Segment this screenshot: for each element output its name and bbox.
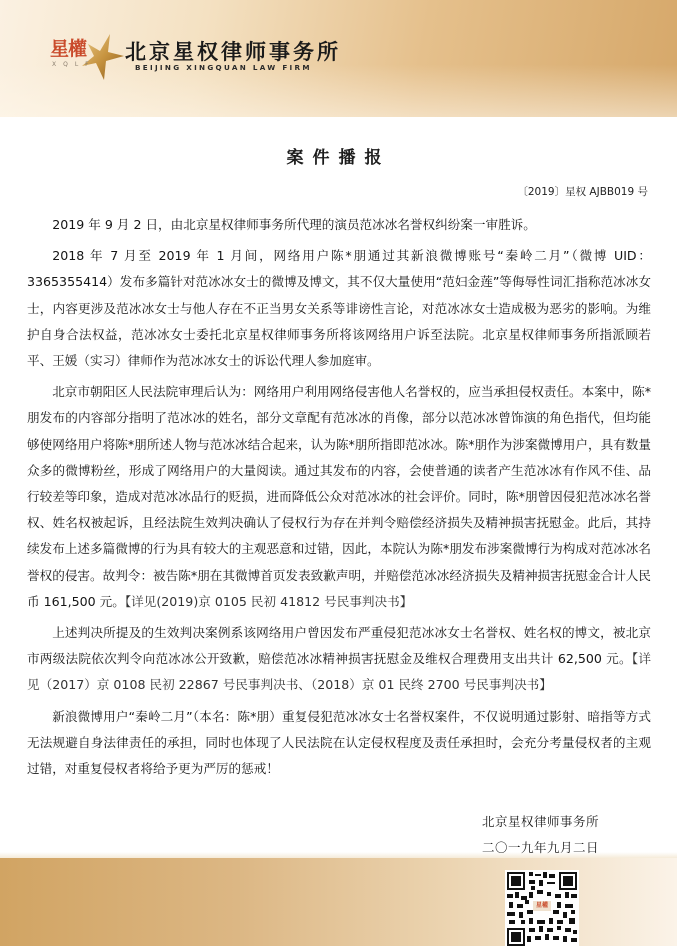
paragraph-conclusion: 新浪微博用户“秦岭二月”（本名：陈*朋）重复侵犯范冰冰女士名誉权案件，不仅说明通… [27,704,651,783]
firm-name-english: BEIJING XINGQUAN LAW FIRM [135,63,312,72]
firm-name-chinese: 北京星权律师事务所 [125,36,341,66]
logo-wordmark: 星權 [50,34,86,61]
paragraph-text: 2019 年 9 月 2 日，由北京星权律师事务所代理的演员范冰冰名誉权纠纷案一… [52,217,536,232]
document-body: 2019 年 9 月 2 日，由北京星权律师事务所代理的演员范冰冰名誉权纠纷案一… [27,212,651,782]
paragraph-prior-case: 上述判决所提及的生效判决案例系该网络用户曾因发布严重侵犯范冰冰女士名誉权、姓名权… [27,620,651,699]
paragraph-summary: 2019 年 9 月 2 日，由北京星权律师事务所代理的演员范冰冰名誉权纠纷案一… [27,212,651,238]
paragraph-text: 2018 年 7 月至 2019 年 1 月间，网络用户陈*朋通过其新浪微博账号… [27,248,651,368]
qr-center-logo: 星權 [533,901,551,911]
qr-code[interactable]: 星權 [505,870,579,946]
reference-number: 〔2019〕星权 AJBB019 号 [517,184,648,199]
page-title: 案件播报 [0,143,677,168]
paragraph-text: 北京市朝阳区人民法院审理后认为：网络用户利用网络侵害他人名誉权的，应当承担侵权责… [27,384,651,609]
logo-abbreviation: XQLF [52,61,96,68]
paragraph-text: 上述判决所提及的生效判决案例系该网络用户曾因发布严重侵犯范冰冰女士名誉权、姓名权… [27,625,651,666]
case-citation: 【详见(2019)京 0105 民初 41812 号民事判决书】 [125,594,412,609]
paragraph-court-ruling: 北京市朝阳区人民法院审理后认为：网络用户利用网络侵害他人名誉权的，应当承担侵权责… [27,379,651,615]
paragraph-text: 新浪微博用户“秦岭二月”（本名：陈*朋）重复侵犯范冰冰女士名誉权案件，不仅说明通… [27,709,651,776]
signature-firm: 北京星权律师事务所 [482,812,599,830]
paragraph-background: 2018 年 7 月至 2019 年 1 月间，网络用户陈*朋通过其新浪微博账号… [27,243,651,374]
